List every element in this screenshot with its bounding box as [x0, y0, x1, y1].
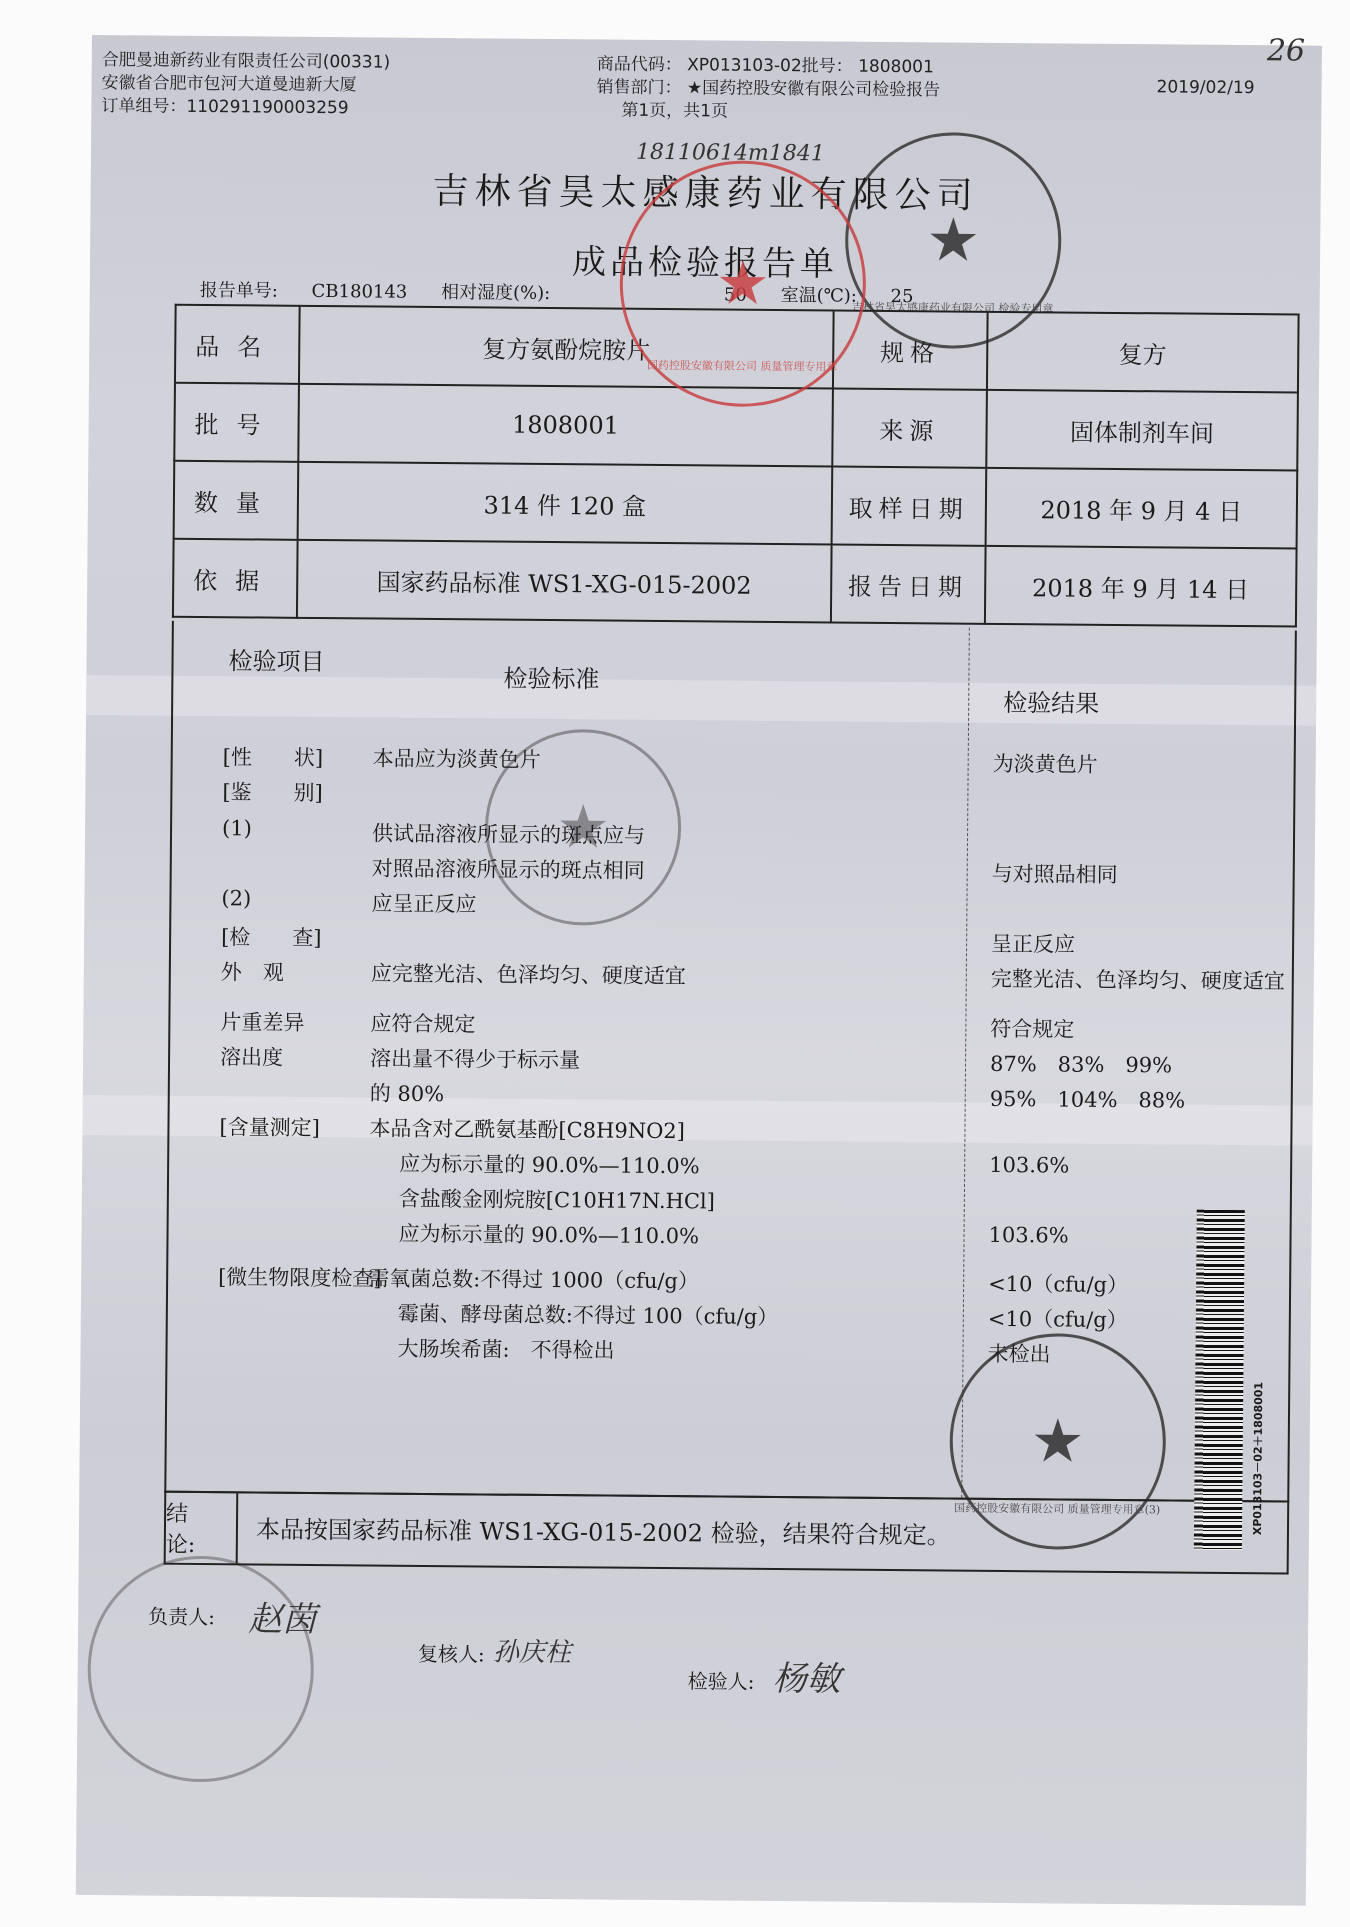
- test-item: (1): [222, 816, 252, 840]
- conclusion-text: 本品按国家药品标准 WS1-XG-015-2002 检验，结果符合规定。: [256, 1509, 951, 1550]
- test-result: 103.6%: [989, 1153, 1069, 1178]
- star-icon: ★: [926, 205, 980, 275]
- value-source: 固体制剂车间: [986, 390, 1298, 471]
- col-header-standard: 检验标准: [503, 659, 599, 695]
- value-spec: 复方: [987, 312, 1299, 393]
- test-standard: 霉菌、酵母菌总数:不得过 100（cfu/g）: [398, 1298, 779, 1331]
- label-product-name: 品名: [175, 305, 300, 384]
- star-icon: ★: [1031, 1406, 1085, 1476]
- test-result: <10（cfu/g）: [988, 1268, 1128, 1299]
- test-standard: 应完整光洁、色泽均匀、硬度适宜: [371, 957, 686, 990]
- quality-stamp: ★ 国药控股安徽有限公司 质量管理专用章(3): [949, 1333, 1167, 1551]
- label-quantity: 数量: [174, 461, 299, 540]
- value-report-date: 2018 年 9 月 14 日: [985, 546, 1297, 627]
- test-standard: 应为标示量的 90.0%—110.0%: [399, 1148, 700, 1181]
- header-date: 2019/02/19: [1156, 77, 1254, 98]
- test-result: 95% 104% 88%: [990, 1083, 1186, 1115]
- test-standard: 溶出量不得少于标示量: [370, 1042, 580, 1074]
- qc-stamp-text: 吉林省昊太感康药业有限公司 检验专用章: [848, 299, 1058, 317]
- test-standard: 应符合规定: [370, 1007, 475, 1038]
- reviewer-signature: 孙庆柱: [493, 1632, 571, 1670]
- test-result: 符合规定: [990, 1013, 1074, 1044]
- test-result: 与对照品相同: [992, 858, 1118, 889]
- inspector-signature: 杨敏: [772, 1651, 840, 1701]
- test-standard: 含盐酸金刚烷胺[C10H17N.HCl]: [399, 1183, 715, 1216]
- qc-stamp: ★ 吉林省昊太感康药业有限公司 检验专用章: [844, 132, 1062, 350]
- label-sampling-date: 取样日期: [831, 466, 986, 545]
- barcode-text: XP013103－02＋1808001: [1249, 1382, 1266, 1535]
- header-order-group: 订单组号：110291190003259: [101, 91, 348, 118]
- test-item: 溶出度: [220, 1041, 283, 1072]
- test-result: <10（cfu/g）: [988, 1303, 1128, 1334]
- inspector-label: 检验人:: [688, 1665, 755, 1695]
- col-header-result: 检验结果: [1003, 683, 1099, 719]
- test-result: 呈正反应: [991, 928, 1075, 959]
- report-no: CB180143: [311, 281, 407, 303]
- test-item: [微生物限度检查]: [218, 1261, 382, 1292]
- label-source: 来源: [832, 388, 987, 467]
- test-standard: 需氧菌总数:不得过 1000（cfu/g）: [368, 1262, 699, 1295]
- test-item: (2): [221, 886, 251, 910]
- column-divider: [961, 628, 971, 1498]
- humidity-label: 相对湿度(%):: [441, 282, 550, 304]
- report-no-label: 报告单号:: [200, 280, 278, 302]
- reviewer-label: 复核人:: [418, 1638, 485, 1668]
- col-header-item: 检验项目: [228, 641, 324, 677]
- quality-stamp-text: 国药控股安徽有限公司 质量管理专用章(3): [952, 1500, 1162, 1518]
- test-standard: 大肠埃希菌: 不得检出: [397, 1333, 614, 1365]
- test-result: 为淡黄色片: [993, 748, 1098, 779]
- test-result: 87% 83% 99%: [990, 1048, 1172, 1080]
- test-standard: 应呈正反应: [371, 887, 476, 918]
- value-basis: 国家药品标准 WS1-XG-015-2002: [297, 540, 831, 623]
- barcode: [1194, 1210, 1245, 1550]
- test-result: 完整光洁、色泽均匀、硬度适宜: [991, 963, 1285, 996]
- test-item: 外 观: [221, 956, 284, 987]
- conclusion-label: 结 论:: [166, 1493, 239, 1564]
- star-icon: ★: [716, 248, 770, 318]
- test-standard: 应为标示量的 90.0%—110.0%: [398, 1218, 699, 1251]
- red-company-stamp: ★ 国药控股安徽有限公司 质量管理专用章: [619, 160, 867, 408]
- star-icon: ★: [556, 792, 610, 862]
- label-basis: 依据: [173, 539, 298, 618]
- table-row: 依据 国家药品标准 WS1-XG-015-2002 报告日期 2018 年 9 …: [173, 539, 1297, 627]
- value-sampling-date: 2018 年 9 月 4 日: [985, 468, 1297, 549]
- scanned-document: 合肥曼迪新药业有限责任公司(00331) 安徽省合肥市包河大道曼迪新大厦 订单组…: [76, 35, 1322, 1906]
- header-page: 第1页，共1页: [621, 96, 728, 122]
- value-quantity: 314 件 120 盒: [298, 462, 832, 545]
- test-result: 103.6%: [988, 1223, 1068, 1248]
- test-item: [检 查]: [221, 921, 322, 952]
- table-row: 数量 314 件 120 盒 取样日期 2018 年 9 月 4 日: [174, 461, 1298, 549]
- test-item: [鉴 别]: [222, 776, 323, 807]
- test-item: [性 状]: [223, 741, 324, 772]
- faded-stamp: [87, 1555, 315, 1783]
- gray-stamp: ★: [484, 728, 682, 926]
- test-standard: 本品含对乙酰氨基酚[C8H9NO2]: [369, 1112, 685, 1145]
- label-batch-no: 批号: [174, 383, 299, 462]
- red-stamp-text: 国药控股安徽有限公司 质量管理专用章: [622, 357, 862, 375]
- label-report-date: 报告日期: [831, 544, 986, 623]
- test-standard: 的 80%: [370, 1077, 445, 1108]
- test-item: 片重差异: [220, 1006, 304, 1037]
- handwritten-page-number: 26: [1267, 33, 1305, 68]
- test-item: [含量测定]: [219, 1111, 320, 1142]
